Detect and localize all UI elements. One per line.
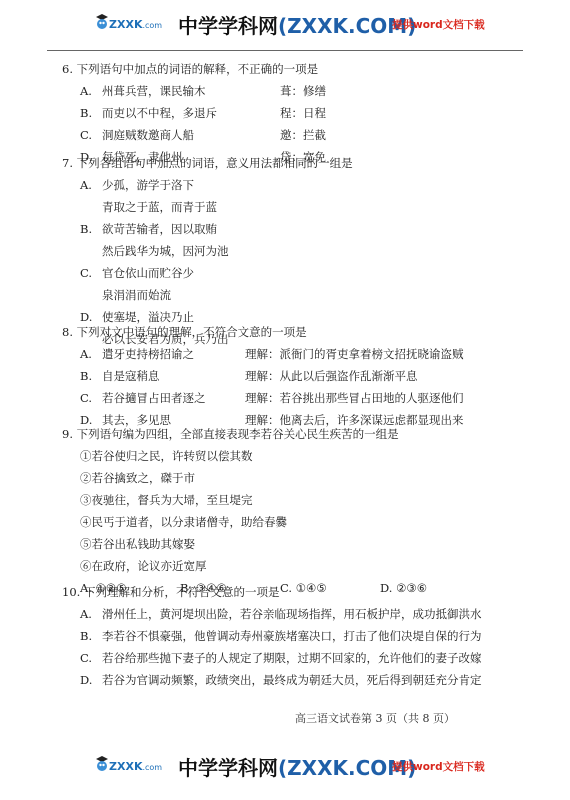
question-stem: 9. 下列语句编为四组，全部直接表现李若谷关心民生疾苦的一组是 (62, 423, 480, 445)
option-letter: A. (80, 343, 102, 365)
option-b: B.自是寇稍息理解：从此以后强盗作乱渐渐平息 (62, 365, 307, 387)
logo-suffix: .com (142, 763, 162, 772)
site-name: 中学学科网 (178, 756, 278, 780)
option-c: C.官仓依山而贮谷少 (62, 262, 353, 284)
option-letter: B. (80, 365, 102, 387)
question-9: 9. 下列语句编为四组，全部直接表现李若谷关心民生疾苦的一组是 ①若谷使归之民，… (62, 423, 480, 599)
mascot-icon (94, 754, 110, 774)
option-gloss: 理解：派衙门的胥吏拿着榜文招抚晓谕盗贼 (245, 343, 464, 365)
option-a: A.少孤，游学于洛下 (62, 174, 353, 196)
option-a: A.州葺兵营，课民输木葺：修缮 (62, 80, 318, 102)
site-title: 中学学科网(ZXXK.COM) (178, 10, 416, 39)
download-tagline: 提供word文档下载 (392, 759, 485, 774)
statement-2: ②若谷擒致之，磔于市 (62, 467, 480, 489)
zxxk-logo: ZXXK.com (92, 754, 162, 776)
option-gloss: 理解：从此以后强盗作乱渐渐平息 (245, 365, 418, 387)
option-text: 少孤，游学于洛下 (102, 178, 194, 192)
statement-4: ④民丐于道者，以分隶诸僧寺，助给春爨 (62, 511, 480, 533)
mascot-icon (94, 12, 110, 32)
option-letter: D. (80, 669, 102, 691)
option-letter: B. (80, 625, 102, 647)
statement-3: ③夜驰往，督兵为大埽，至旦堤完 (62, 489, 480, 511)
option-c: C.若谷给那些抛下妻子的人规定了期限，过期不回家的，允许他们的妻子改嫁 (62, 647, 482, 669)
option-letter: C. (80, 124, 102, 146)
option-text: 若谷擿冒占田者逐之 (102, 391, 206, 405)
site-banner-bottom: ZXXK.com 中学学科网(ZXXK.COM) 提供word文档下载 (0, 750, 570, 790)
question-stem: 10. 下列理解和分析，不符合文意的一项是 (62, 581, 482, 603)
option-b: B.李若谷不惧豪强，他曾调动寿州豪族堵塞决口，打击了他们决堤自保的行为 (62, 625, 482, 647)
question-10: 10. 下列理解和分析，不符合文意的一项是 A.滑州任上，黄河堤坝出险，若谷亲临… (62, 581, 482, 691)
question-stem: 8. 下列对文中语句的理解，不符合文意的一项是 (62, 321, 307, 343)
site-title: 中学学科网(ZXXK.COM) (178, 752, 416, 781)
option-gloss: 邀：拦截 (280, 124, 326, 146)
option-text: 若谷给那些抛下妻子的人规定了期限，过期不回家的，允许他们的妻子改嫁 (102, 651, 482, 665)
zxxk-logo: ZXXK.com (92, 12, 162, 34)
site-banner-top: ZXXK.com 中学学科网(ZXXK.COM) 提供word文档下载 (0, 8, 570, 48)
option-gloss: 理解：若谷挑出那些冒占田地的人驱逐他们 (245, 387, 464, 409)
statement-6: ⑥在政府，论议亦近宽厚 (62, 555, 480, 577)
option-letter: C. (80, 262, 102, 284)
statement-1: ①若谷使归之民，许转贸以偿其数 (62, 445, 480, 467)
option-letter: B. (80, 102, 102, 124)
option-letter: B. (80, 218, 102, 240)
download-tagline: 提供word文档下载 (392, 17, 485, 32)
option-letter: A. (80, 603, 102, 625)
option-b: B.而吏以不中程，多退斥程：日程 (62, 102, 318, 124)
option-text: 自是寇稍息 (102, 369, 160, 383)
page-number-label: 高三语文试卷第 3 页（共 8 页） (295, 710, 455, 726)
option-text: 李若谷不惧豪强，他曾调动寿州豪族堵塞决口，打击了他们决堤自保的行为 (102, 629, 482, 643)
option-letter: A. (80, 174, 102, 196)
option-text: 滑州任上，黄河堤坝出险，若谷亲临现场指挥，用石板护岸，成功抵御洪水 (102, 607, 482, 621)
option-d: D.若谷为官调动频繁，政绩突出，最终成为朝廷大员，死后得到朝廷充分肯定 (62, 669, 482, 691)
option-c-line2: 泉涓涓而始流 (62, 284, 353, 306)
site-name: 中学学科网 (178, 14, 278, 38)
question-stem: 6. 下列语句中加点的词语的解释，不正确的一项是 (62, 58, 318, 80)
option-a: A.遣牙吏持榜招谕之理解：派衙门的胥吏拿着榜文招抚晓谕盗贼 (62, 343, 307, 365)
option-c: C.洞庭贼数邀商人船邀：拦截 (62, 124, 318, 146)
option-text: 遣牙吏持榜招谕之 (102, 347, 194, 361)
option-letter: C. (80, 647, 102, 669)
option-text: 而吏以不中程，多退斥 (102, 106, 217, 120)
question-8: 8. 下列对文中语句的理解，不符合文意的一项是 A.遣牙吏持榜招谕之理解：派衙门… (62, 321, 307, 431)
option-gloss: 葺：修缮 (280, 80, 326, 102)
option-b: B.欲苛苦输者，因以取贿 (62, 218, 353, 240)
option-letter: C. (80, 387, 102, 409)
option-text: 官仓依山而贮谷少 (102, 266, 194, 280)
option-letter: A. (80, 80, 102, 102)
logo-suffix: .com (142, 21, 162, 30)
option-text: 若谷为官调动频繁，政绩突出，最终成为朝廷大员，死后得到朝廷充分肯定 (102, 673, 482, 687)
option-c: C.若谷擿冒占田者逐之理解：若谷挑出那些冒占田地的人驱逐他们 (62, 387, 307, 409)
question-stem: 7. 下列各组语句中加点的词语，意义用法都相同的一组是 (62, 152, 353, 174)
option-a-line2: 青取之于蓝，而青于蓝 (62, 196, 353, 218)
option-text: 洞庭贼数邀商人船 (102, 128, 194, 142)
option-text: 欲苛苦输者，因以取贿 (102, 222, 217, 236)
option-gloss: 程：日程 (280, 102, 326, 124)
logo-text: ZXXK (109, 760, 142, 773)
option-b-line2: 然后践华为城，因河为池 (62, 240, 353, 262)
logo-text: ZXXK (109, 18, 142, 31)
header-divider (47, 50, 523, 51)
statement-5: ⑤若谷出私钱助其嫁娶 (62, 533, 480, 555)
option-text: 州葺兵营，课民输木 (102, 84, 206, 98)
option-a: A.滑州任上，黄河堤坝出险，若谷亲临现场指挥，用石板护岸，成功抵御洪水 (62, 603, 482, 625)
